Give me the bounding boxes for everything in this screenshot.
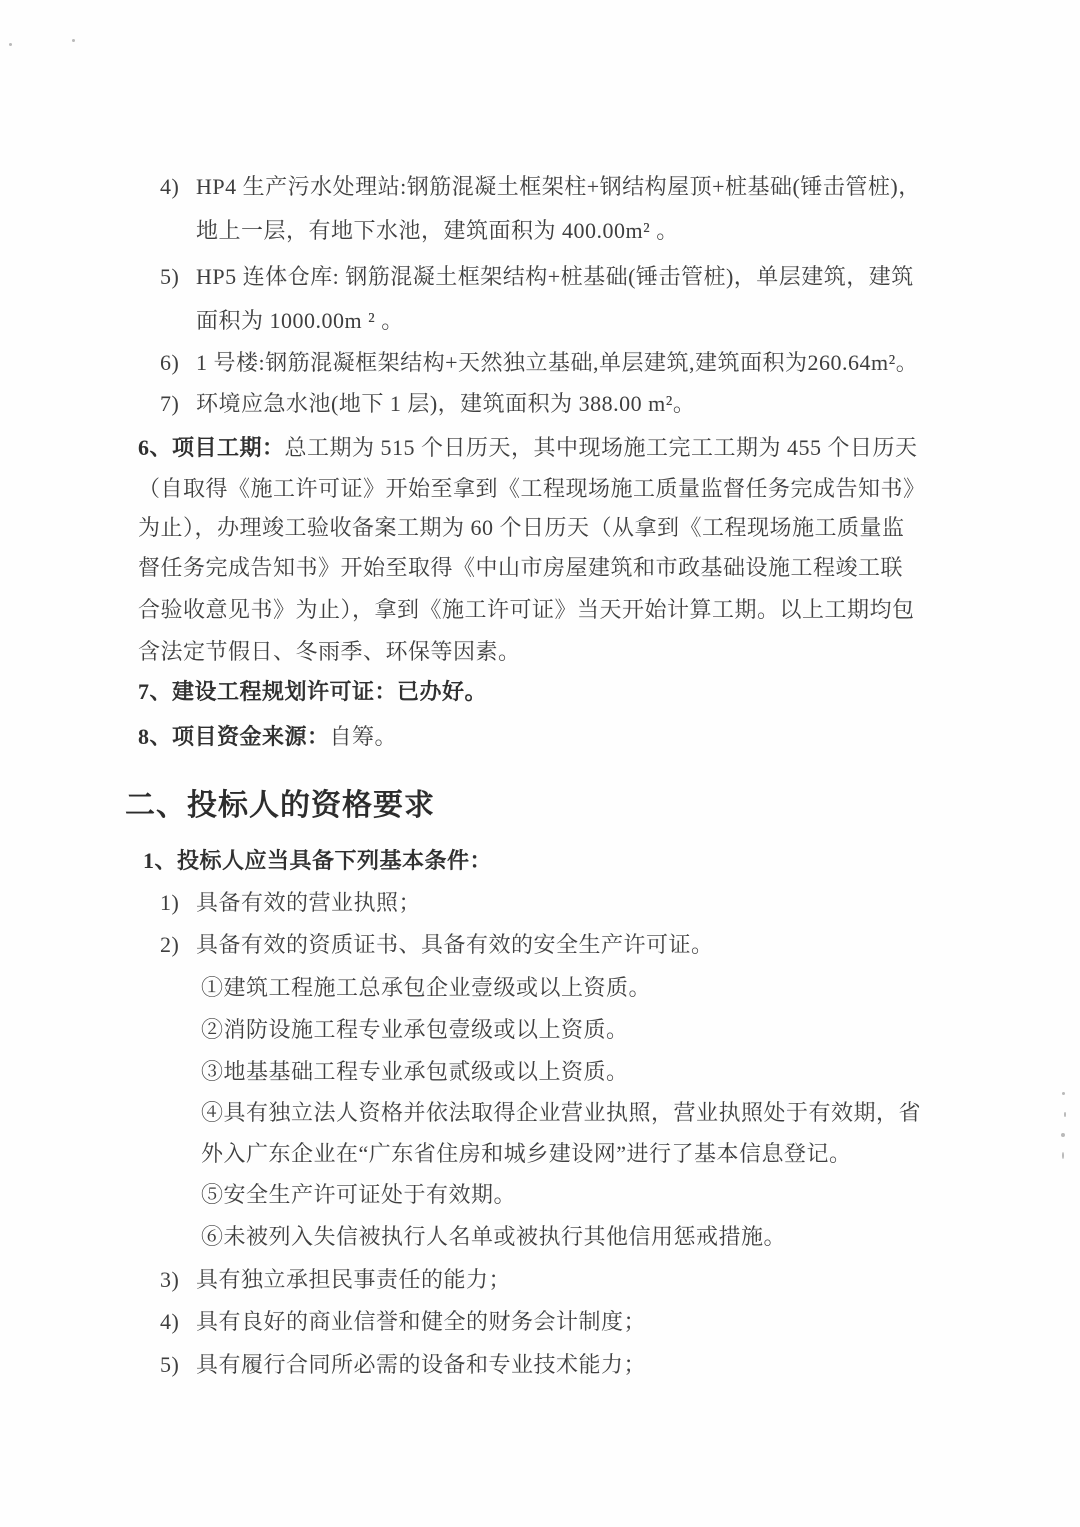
list-item-5-line2: 面积为 1000.00m ² 。 [196,305,404,337]
scan-speck [1062,1092,1065,1095]
list-marker: 5) [160,1349,196,1381]
sub-item-2: ②消防设施工程专业承包壹级或以上资质。 [201,1014,629,1046]
condition-5: 5)具有履行合同所必需的设备和专业技术能力； [160,1349,646,1381]
sub-item-4-line2: 外入广东企业在“广东省住房和城乡建设网”进行了基本信息登记。 [201,1138,852,1170]
list-item-text: HP4 生产污水处理站:钢筋混凝土框架柱+钢结构屋顶+桩基础(锤击管桩)， [196,174,921,199]
scan-speck [9,43,12,46]
qualification-intro: 1、投标人应当具备下列基本条件： [143,845,492,877]
condition-2: 2)具备有效的资质证书、具备有效的安全生产许可证。 [160,929,714,961]
list-item-5-line1: 5)HP5 连体仓库: 钢筋混凝土框架结构+桩基础(锤击管桩)，单层建筑，建筑 [160,261,914,293]
condition-text: 具有履行合同所必需的设备和专业技术能力； [196,1352,646,1377]
list-marker: 4) [160,1306,196,1338]
list-item-7: 7)环境应急水池(地下 1 层)，建筑面积为 388.00 m²。 [160,388,695,420]
section-heading-title: 投标人的资格要求 [187,789,435,822]
condition-text: 具有良好的商业信誉和健全的财务会计制度； [196,1309,646,1334]
funding-label: 8、项目资金来源： [138,724,330,749]
list-item-6: 6)1 号楼:钢筋混凝框架结构+天然独立基础,单层建筑,建筑面积为260.64m… [160,347,918,379]
duration-line1: 6、项目工期：总工期为 515 个日历天，其中现场施工完工工期为 455 个日历… [138,432,918,464]
scan-speck [1062,1152,1064,1159]
sub-item-3: ③地基基础工程专业承包贰级或以上资质。 [201,1056,629,1088]
list-marker: 6) [160,347,196,379]
list-item-text: HP5 连体仓库: 钢筋混凝土框架结构+桩基础(锤击管桩)，单层建筑，建筑 [196,264,914,289]
sub-item-4-line1: ④具有独立法人资格并依法取得企业营业执照，营业执照处于有效期，省 [201,1097,921,1129]
condition-text: 具备有效的资质证书、具备有效的安全生产许可证。 [196,932,714,957]
list-marker: 5) [160,261,196,293]
permit-line: 7、建设工程规划许可证：已办好。 [138,676,487,708]
permit-label: 7、建设工程规划许可证： [138,679,397,704]
duration-line2: （自取得《施工许可证》开始至拿到《工程现场施工质量监督任务完成告知书》 [138,473,926,505]
scan-speck [1061,1133,1065,1137]
duration-line3: 为止），办理竣工验收备案工期为 60 个日历天（从拿到《工程现场施工质量监 [138,512,905,544]
condition-3: 3)具有独立承担民事责任的能力； [160,1264,511,1296]
duration-line6: 含法定节假日、冬雨季、环保等因素。 [138,636,521,668]
section-heading: 二、投标人的资格要求 [125,790,435,822]
condition-text: 具有独立承担民事责任的能力； [196,1267,511,1292]
list-item-text: 1 号楼:钢筋混凝框架结构+天然独立基础,单层建筑,建筑面积为260.64m²。 [196,350,918,375]
sub-item-1: ①建筑工程施工总承包企业壹级或以上资质。 [201,972,651,1004]
condition-4: 4)具有良好的商业信誉和健全的财务会计制度； [160,1306,646,1338]
list-marker: 2) [160,929,196,961]
list-item-4-line2: 地上一层，有地下水池，建筑面积为 400.00m² 。 [196,215,679,247]
duration-text: 总工期为 515 个日历天，其中现场施工完工工期为 455 个日历天 [285,435,918,460]
sub-item-6: ⑥未被列入失信被执行人名单或被执行其他信用惩戒措施。 [201,1221,786,1253]
condition-text: 具备有效的营业执照； [196,890,421,915]
duration-line5: 合验收意见书》为止），拿到《施工许可证》当天开始计算工期。以上工期均包 [138,594,915,626]
list-item-text: 环境应急水池(地下 1 层)，建筑面积为 388.00 m²。 [196,391,695,416]
list-marker: 7) [160,388,196,420]
funding-value: 自筹。 [330,724,398,749]
duration-label: 6、项目工期： [138,435,285,460]
sub-item-5: ⑤安全生产许可证处于有效期。 [201,1179,516,1211]
duration-line4: 督任务完成告知书》开始至取得《中山市房屋建筑和市政基础设施工程竣工联 [138,552,903,584]
list-item-4-line1: 4)HP4 生产污水处理站:钢筋混凝土框架柱+钢结构屋顶+桩基础(锤击管桩)， [160,171,921,203]
list-marker: 3) [160,1264,196,1296]
document-page: 4)HP4 生产污水处理站:钢筋混凝土框架柱+钢结构屋顶+桩基础(锤击管桩)， … [0,0,1080,1527]
scan-speck [72,39,75,42]
list-marker: 1) [160,887,196,919]
condition-1: 1)具备有效的营业执照； [160,887,421,919]
section-heading-marker: 二、 [125,790,187,822]
list-marker: 4) [160,171,196,203]
funding-line: 8、项目资金来源：自筹。 [138,721,397,753]
scan-speck [1064,1112,1066,1117]
permit-value: 已办好。 [397,679,487,704]
